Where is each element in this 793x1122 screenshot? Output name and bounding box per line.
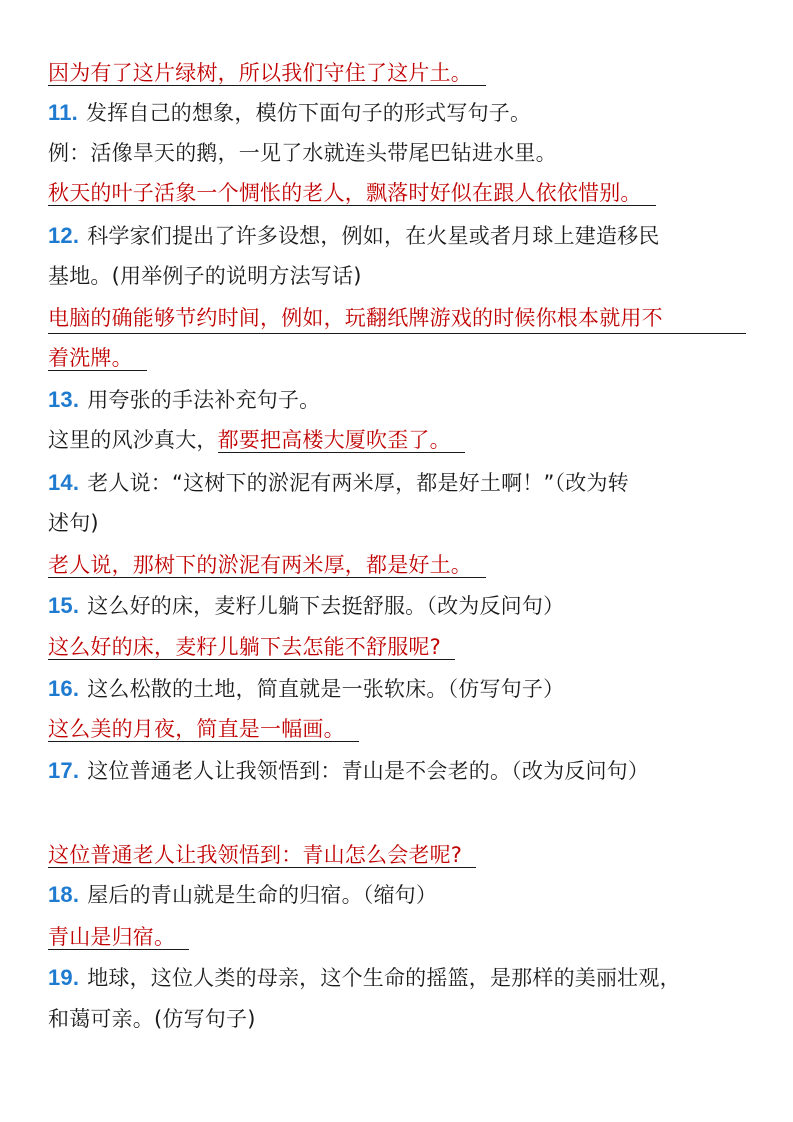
question-number: 17. <box>48 758 79 783</box>
answer-text: 电脑的确能够节约时间，例如，玩翻纸牌游戏的时候你根本就用不 <box>48 303 746 334</box>
answer-line-18: 青山是归宿。 <box>48 922 749 952</box>
question-14: 14.老人说：“这树下的淤泥有两米厚，都是好土啊！”（改为转 <box>48 468 749 498</box>
answer-line-15: 这么好的床，麦籽儿躺下去怎能不舒服呢? <box>48 632 749 662</box>
answer-text: 青山是归宿。 <box>48 925 189 950</box>
question-12-cont: 基地。(用举例子的说明方法写话) <box>48 261 749 291</box>
question-14-cont: 述句) <box>48 508 749 538</box>
question-text: 这位普通老人让我领悟到：青山是不会老的。（改为反问句） <box>87 759 649 783</box>
question-number: 12. <box>48 223 79 248</box>
answer-text: 这么美的月夜，简直是一幅画。 <box>48 717 359 742</box>
question-number: 13. <box>48 387 79 412</box>
question-text: 基地。(用举例子的说明方法写话) <box>48 264 362 288</box>
answer-line-12b: 着洗牌。 <box>48 343 749 373</box>
answer-text: 老人说，那树下的淤泥有两米厚，都是好土。 <box>48 553 486 578</box>
answer-text: 这么好的床，麦籽儿躺下去怎能不舒服呢? <box>48 635 455 660</box>
answer-text: 着洗牌。 <box>48 346 147 371</box>
answer-line-12a: 电脑的确能够节约时间，例如，玩翻纸牌游戏的时候你根本就用不 <box>48 303 749 334</box>
question-text: 用夸张的手法补充句子。 <box>87 388 320 412</box>
example-text: 例：活像旱天的鹅，一见了水就连头带尾巴钻进水里。 <box>48 141 557 165</box>
answer-text: 都要把高楼大厦吹歪了。 <box>218 428 465 453</box>
answer-text: 秋天的叶子活象一个惆怅的老人，飘落时好似在跟人依依惜别。 <box>48 181 656 206</box>
question-number: 16. <box>48 676 79 701</box>
example-line: 例：活像旱天的鹅，一见了水就连头带尾巴钻进水里。 <box>48 138 749 168</box>
question-number: 15. <box>48 593 79 618</box>
question-text: 屋后的青山就是生命的归宿。（缩句） <box>87 883 437 907</box>
answer-line-10: 因为有了这片绿树，所以我们守住了这片土。 <box>48 58 749 88</box>
question-text: 和蔼可亲。(仿写句子) <box>48 1007 256 1031</box>
question-text: 科学家们提出了许多设想，例如，在火星或者月球上建造移民 <box>87 224 659 248</box>
question-11: 11.发挥自己的想象，模仿下面句子的形式写句子。 <box>48 98 749 128</box>
prompt-text: 这里的风沙真大， <box>48 428 218 452</box>
question-12: 12.科学家们提出了许多设想，例如，在火星或者月球上建造移民 <box>48 221 749 251</box>
question-number: 19. <box>48 965 79 990</box>
answer-text: 因为有了这片绿树，所以我们守住了这片土。 <box>48 61 486 86</box>
question-number: 11. <box>48 100 78 125</box>
question-text: 这么好的床，麦籽儿躺下去挺舒服。（改为反问句） <box>87 594 564 618</box>
answer-text: 这位普通老人让我领悟到：青山怎么会老呢? <box>48 843 476 868</box>
question-number: 14. <box>48 470 79 495</box>
question-18: 18.屋后的青山就是生命的归宿。（缩句） <box>48 880 749 910</box>
question-13: 13.用夸张的手法补充句子。 <box>48 385 749 415</box>
question-19-cont: 和蔼可亲。(仿写句子) <box>48 1004 749 1034</box>
answer-line-14: 老人说，那树下的淤泥有两米厚，都是好土。 <box>48 550 749 580</box>
answer-line-16: 这么美的月夜，简直是一幅画。 <box>48 714 749 744</box>
question-text: 老人说：“这树下的淤泥有两米厚，都是好土啊！”（改为转 <box>87 471 629 495</box>
question-text: 述句) <box>48 511 99 535</box>
question-number: 18. <box>48 882 79 907</box>
answer-line-11: 秋天的叶子活象一个惆怅的老人，飘落时好似在跟人依依惜别。 <box>48 178 749 208</box>
question-17: 17.这位普通老人让我领悟到：青山是不会老的。（改为反问句） <box>48 756 749 786</box>
question-19: 19.地球，这位人类的母亲，这个生命的摇篮，是那样的美丽壮观， <box>48 963 749 993</box>
question-16: 16.这么松散的土地，简直就是一张软床。（仿写句子） <box>48 674 749 704</box>
question-text: 地球，这位人类的母亲，这个生命的摇篮，是那样的美丽壮观， <box>87 966 681 990</box>
question-15: 15.这么好的床，麦籽儿躺下去挺舒服。（改为反问句） <box>48 591 749 621</box>
question-text: 发挥自己的想象，模仿下面句子的形式写句子。 <box>86 101 531 125</box>
answer-line-17: 这位普通老人让我领悟到：青山怎么会老呢? <box>48 840 749 870</box>
question-text: 这么松散的土地，简直就是一张软床。（仿写句子） <box>87 677 564 701</box>
document-page: 因为有了这片绿树，所以我们守住了这片土。 11.发挥自己的想象，模仿下面句子的形… <box>0 0 793 1122</box>
answer-line-13: 这里的风沙真大，都要把高楼大厦吹歪了。 <box>48 425 749 455</box>
